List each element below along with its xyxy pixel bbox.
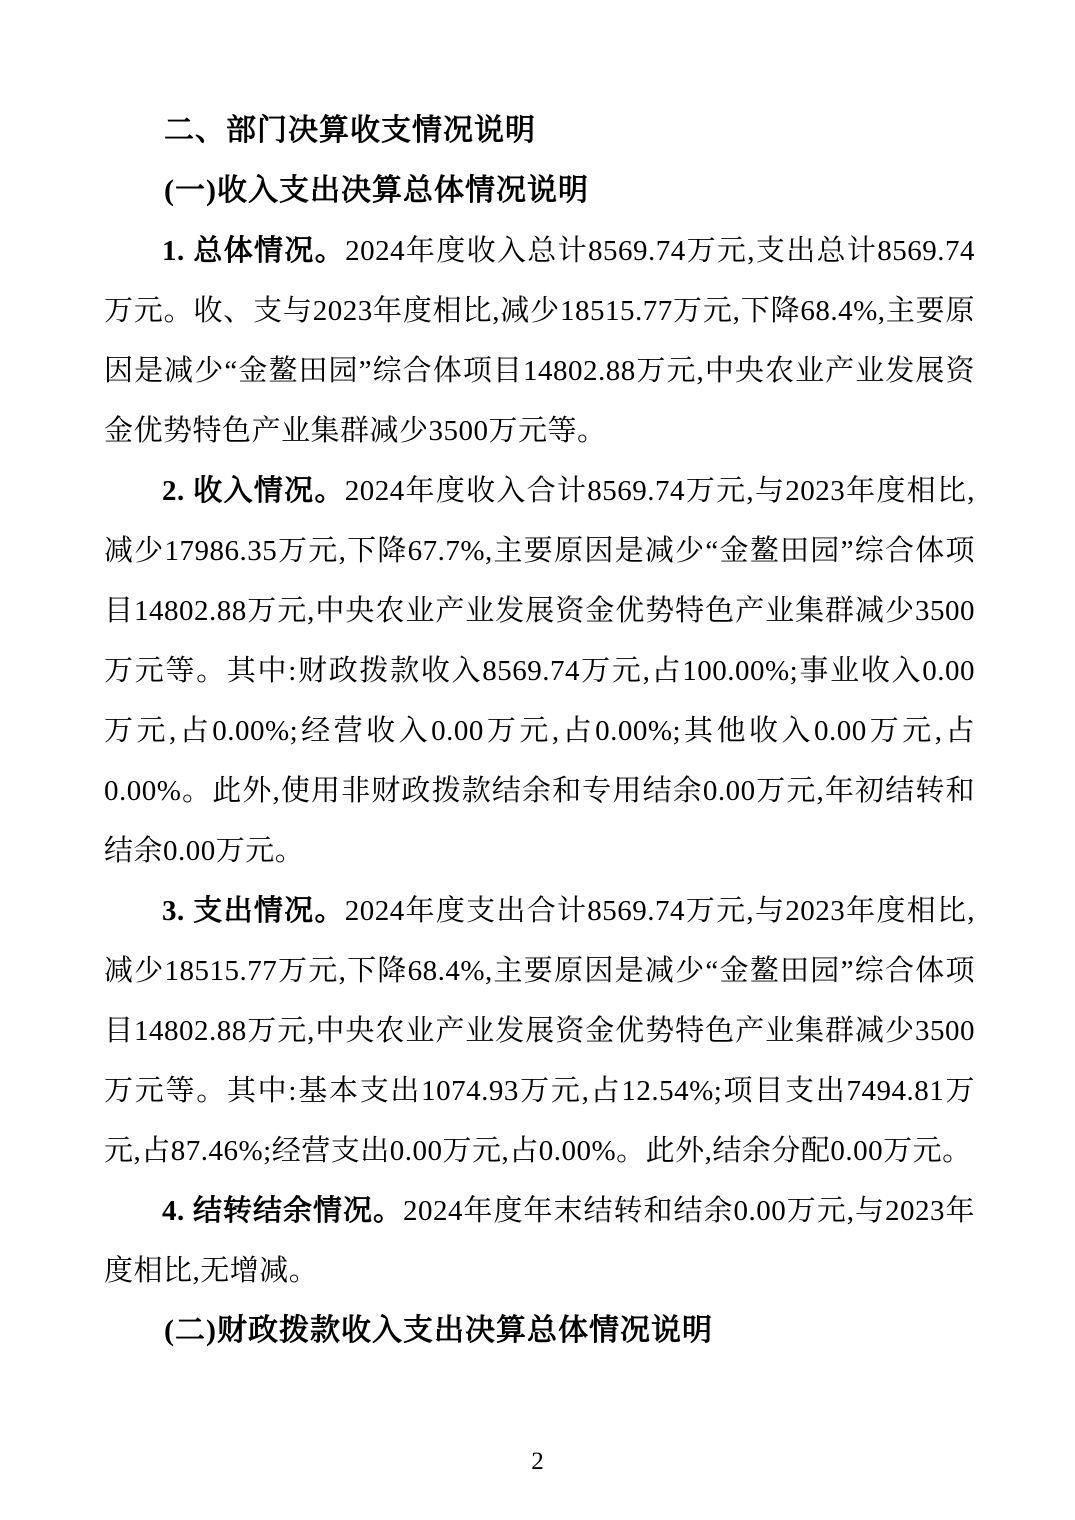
subsection-heading-fiscal-appropriation: (二)财政拨款收入支出决算总体情况说明 bbox=[104, 1301, 975, 1361]
subsection-heading-income-expenditure: (一)收入支出决算总体情况说明 bbox=[104, 161, 975, 221]
page-number: 2 bbox=[0, 1446, 1075, 1478]
paragraph-income-situation: 2. 收入情况。2024年度收入合计8569.74万元,与2023年度相比,减少… bbox=[104, 461, 975, 881]
paragraph-text-expenditure: 2024年度支出合计8569.74万元,与2023年度相比,减少18515.77… bbox=[104, 895, 975, 1167]
section-heading: 二、部门决算收支情况说明 bbox=[104, 101, 975, 161]
document-body: 二、部门决算收支情况说明 (一)收入支出决算总体情况说明 1. 总体情况。202… bbox=[104, 101, 975, 1361]
paragraph-expenditure-situation: 3. 支出情况。2024年度支出合计8569.74万元,与2023年度相比,减少… bbox=[104, 881, 975, 1181]
paragraph-lead-overall: 1. 总体情况。 bbox=[162, 235, 345, 267]
paragraph-text-income: 2024年度收入合计8569.74万元,与2023年度相比,减少17986.35… bbox=[104, 475, 975, 867]
document-page: 二、部门决算收支情况说明 (一)收入支出决算总体情况说明 1. 总体情况。202… bbox=[0, 0, 1075, 1520]
paragraph-lead-carryover: 4. 结转结余情况。 bbox=[162, 1195, 403, 1227]
paragraph-lead-expenditure: 3. 支出情况。 bbox=[162, 895, 345, 927]
paragraph-carryover-situation: 4. 结转结余情况。2024年度年末结转和结余0.00万元,与2023年度相比,… bbox=[104, 1181, 975, 1301]
paragraph-overall-situation: 1. 总体情况。2024年度收入总计8569.74万元,支出总计8569.74万… bbox=[104, 221, 975, 461]
paragraph-lead-income: 2. 收入情况。 bbox=[162, 475, 345, 507]
